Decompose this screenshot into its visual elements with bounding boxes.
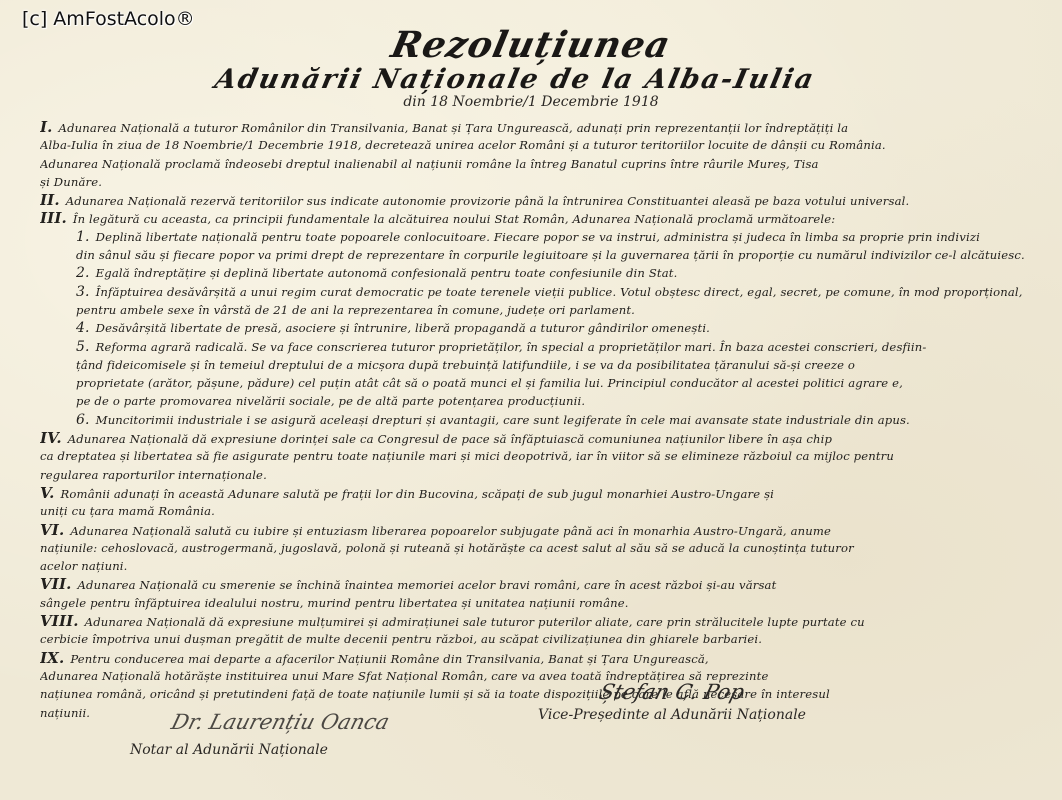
subitem-number: 4. xyxy=(76,320,90,336)
signature-notary-title: Notar al Adunării Naționale xyxy=(130,742,328,758)
resolution-section: IV.Adunarea Națională dă expresiune dori… xyxy=(40,429,1040,484)
section-subitem: 6.Muncitorimii industriale i se asigură … xyxy=(40,411,1040,429)
subitem-line: din sânul său și fiecare popor va primi … xyxy=(76,246,1040,264)
section-text: acelor națiuni. xyxy=(40,559,128,573)
subitem-text: pe de o parte promovarea nivelării socia… xyxy=(76,394,585,408)
section-text: națiunile: cehoslovacă, austrogermană, j… xyxy=(40,541,854,555)
section-text: Pentru conducerea mai departe a afaceril… xyxy=(70,652,708,666)
section-line: VII.Adunarea Națională cu smerenie se în… xyxy=(40,575,1040,593)
section-line: II.Adunarea Națională rezervă teritoriil… xyxy=(40,191,1040,209)
section-line: IV.Adunarea Națională dă expresiune dori… xyxy=(40,429,1040,447)
subitem-line: 4.Desăvârșită libertate de presă, asocie… xyxy=(76,319,1040,337)
section-line: acelor națiuni. xyxy=(40,557,1040,575)
subitem-line: pentru ambele sexe în vârstă de 21 de an… xyxy=(76,301,1040,319)
section-line: uniți cu țara mamă România. xyxy=(40,502,1040,520)
subitem-number: 2. xyxy=(76,265,90,281)
section-number: VII. xyxy=(40,575,72,593)
section-text: Adunarea Națională a tuturor Românilor d… xyxy=(59,121,849,135)
section-subitem: 4.Desăvârșită libertate de presă, asocie… xyxy=(40,319,1040,337)
section-text: cerbicie împotriva unui dușman pregătit … xyxy=(40,632,762,646)
section-text: Românii adunați în această Adunare salut… xyxy=(61,487,774,501)
section-line: sângele pentru înfăptuirea idealului nos… xyxy=(40,594,1040,612)
section-text: Adunarea Națională salută cu iubire și e… xyxy=(70,524,831,538)
section-number: IV. xyxy=(40,429,62,447)
section-line: IX.Pentru conducerea mai departe a aface… xyxy=(40,649,1040,667)
subitem-number: 3. xyxy=(76,284,90,300)
section-number: I. xyxy=(40,118,53,136)
section-text: Alba-Iulia în ziua de 18 Noembrie/1 Dece… xyxy=(40,138,886,152)
section-line: cerbicie împotriva unui dușman pregătit … xyxy=(40,630,1040,648)
signature-vice-president: Ștefan C. Pop xyxy=(597,680,747,704)
resolution-section: VII.Adunarea Națională cu smerenie se în… xyxy=(40,575,1040,612)
section-line: națiunea română, oricând și pretutindeni… xyxy=(40,685,1040,703)
section-text: Adunarea Națională rezervă teritoriilor … xyxy=(66,194,910,208)
section-text: sângele pentru înfăptuirea idealului nos… xyxy=(40,596,629,610)
section-text: Adunarea Națională dă expresiune dorințe… xyxy=(68,432,832,446)
resolution-section: III.În legătură cu aceasta, ca principii… xyxy=(40,209,1040,429)
subitem-line: 2.Egală îndreptățire și deplină libertat… xyxy=(76,264,1040,282)
section-line: Adunarea Națională hotărăște instituirea… xyxy=(40,667,1040,685)
section-text: ca dreptatea și libertatea să fie asigur… xyxy=(40,449,894,463)
subitem-number: 6. xyxy=(76,412,90,428)
section-line: I.Adunarea Națională a tuturor Românilor… xyxy=(40,118,1040,136)
section-line: Alba-Iulia în ziua de 18 Noembrie/1 Dece… xyxy=(40,136,1040,154)
resolution-section: I.Adunarea Națională a tuturor Românilor… xyxy=(40,118,1040,191)
document-title: Rezoluțiunea xyxy=(0,24,1062,66)
subitem-line: țând fideicomisele și în temeiul dreptul… xyxy=(76,356,1040,374)
document-subtitle: Adunării Naționale de la Alba-Iulia xyxy=(187,64,844,95)
subitem-number: 5. xyxy=(76,339,90,355)
section-subitem: 5.Reforma agrară radicală. Se va face co… xyxy=(40,338,1040,411)
subitem-line: 5.Reforma agrară radicală. Se va face co… xyxy=(76,338,1040,356)
section-line: regularea raporturilor internaționale. xyxy=(40,466,1040,484)
section-number: III. xyxy=(40,209,67,227)
resolution-body: I.Adunarea Națională a tuturor Românilor… xyxy=(40,118,1040,722)
section-subitem: 2.Egală îndreptățire și deplină libertat… xyxy=(40,264,1040,282)
section-number: VI. xyxy=(40,521,64,539)
section-line: ca dreptatea și libertatea să fie asigur… xyxy=(40,447,1040,465)
section-text: națiunii. xyxy=(40,706,90,720)
subitem-text: Deplină libertate națională pentru toate… xyxy=(96,230,980,244)
signature-vice-president-title: Vice-Președinte al Adunării Naționale xyxy=(538,707,806,723)
signature-notary: Dr. Laurențiu Oanca xyxy=(169,710,392,734)
section-number: II. xyxy=(40,191,60,209)
section-text: Adunarea Națională proclamă îndeosebi dr… xyxy=(40,157,819,171)
section-line: și Dunăre. xyxy=(40,173,1040,191)
section-subitem: 3.Înfăptuirea desăvârșită a unui regim c… xyxy=(40,283,1040,320)
subitem-line: proprietate (arător, pășune, pădure) cel… xyxy=(76,374,1040,392)
section-line: VI.Adunarea Națională salută cu iubire ș… xyxy=(40,521,1040,539)
resolution-section: II.Adunarea Națională rezervă teritoriil… xyxy=(40,191,1040,209)
subitem-text: din sânul său și fiecare popor va primi … xyxy=(76,248,1025,262)
subitem-line: 3.Înfăptuirea desăvârșită a unui regim c… xyxy=(76,283,1040,301)
subitem-line: 6.Muncitorimii industriale i se asigură … xyxy=(76,411,1040,429)
subitem-text: Muncitorimii industriale i se asigură ac… xyxy=(96,413,910,427)
section-line: Adunarea Națională proclamă îndeosebi dr… xyxy=(40,155,1040,173)
subitem-line: 1.Deplină libertate națională pentru toa… xyxy=(76,228,1040,246)
subitem-line: pe de o parte promovarea nivelării socia… xyxy=(76,392,1040,410)
section-line: III.În legătură cu aceasta, ca principii… xyxy=(40,209,1040,227)
subitem-text: Egală îndreptățire și deplină libertate … xyxy=(96,266,678,280)
section-number: IX. xyxy=(40,649,64,667)
subitem-text: Reforma agrară radicală. Se va face cons… xyxy=(96,340,927,354)
resolution-section: V.Românii adunați în această Adunare sal… xyxy=(40,484,1040,521)
section-text: uniți cu țara mamă România. xyxy=(40,504,215,518)
resolution-section: VI.Adunarea Națională salută cu iubire ș… xyxy=(40,521,1040,576)
section-text: Adunarea Națională cu smerenie se închin… xyxy=(78,578,777,592)
subitem-text: Desăvârșită libertate de presă, asociere… xyxy=(96,321,710,335)
subitem-text: proprietate (arător, pășune, pădure) cel… xyxy=(76,376,903,390)
resolution-section: VIII.Adunarea Națională dă expresiune mu… xyxy=(40,612,1040,649)
subitem-text: Înfăptuirea desăvârșită a unui regim cur… xyxy=(96,285,1023,299)
section-text: Adunarea Națională dă expresiune mulțumi… xyxy=(85,615,865,629)
section-text: și Dunăre. xyxy=(40,175,102,189)
section-subitem: 1.Deplină libertate națională pentru toa… xyxy=(40,228,1040,265)
section-line: V.Românii adunați în această Adunare sal… xyxy=(40,484,1040,502)
section-text: În legătură cu aceasta, ca principii fun… xyxy=(73,212,835,226)
document-date: din 18 Noembrie/1 Decembrie 1918 xyxy=(0,94,1062,110)
subitem-text: țând fideicomisele și în temeiul dreptul… xyxy=(76,358,855,372)
section-number: V. xyxy=(40,484,55,502)
subitem-text: pentru ambele sexe în vârstă de 21 de an… xyxy=(76,303,635,317)
section-line: națiunile: cehoslovacă, austrogermană, j… xyxy=(40,539,1040,557)
section-line: VIII.Adunarea Națională dă expresiune mu… xyxy=(40,612,1040,630)
section-text: regularea raporturilor internaționale. xyxy=(40,468,267,482)
section-number: VIII. xyxy=(40,612,79,630)
subitem-number: 1. xyxy=(76,229,90,245)
